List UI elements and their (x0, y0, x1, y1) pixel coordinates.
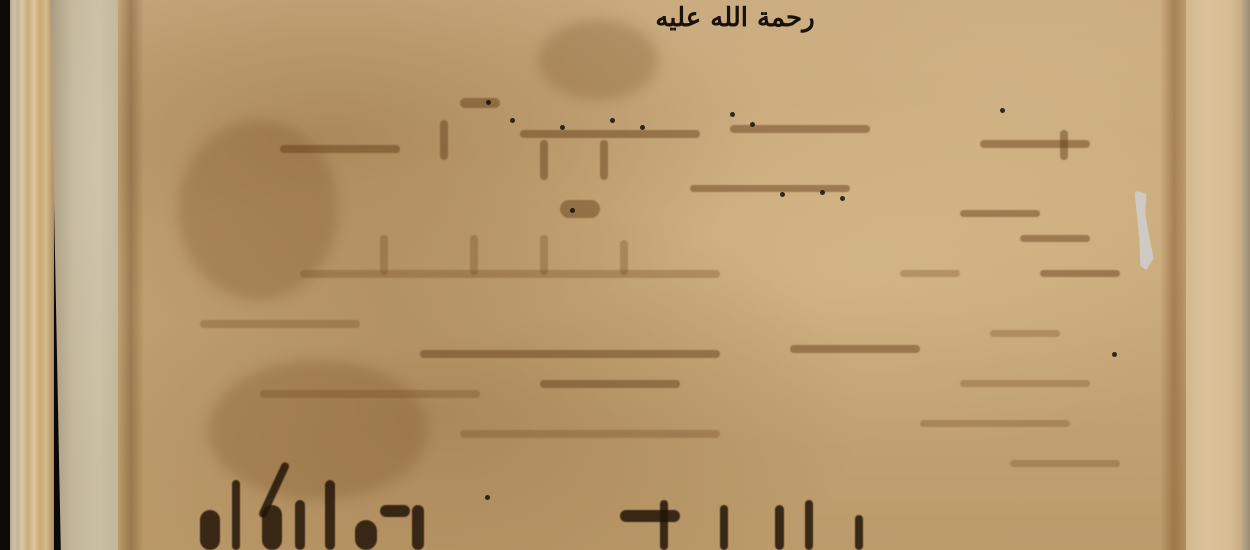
dark-margin (0, 0, 10, 550)
top-inscription: رحمة الله عليه (600, 0, 870, 40)
manuscript-photo: رحمة الله عليه (0, 0, 1250, 550)
page-edge-right (1160, 0, 1188, 550)
stain (208, 360, 428, 500)
page-edges-left (10, 0, 54, 550)
adjacent-page (1186, 0, 1242, 550)
far-edge (1242, 0, 1250, 550)
fold-shadow (118, 0, 144, 550)
